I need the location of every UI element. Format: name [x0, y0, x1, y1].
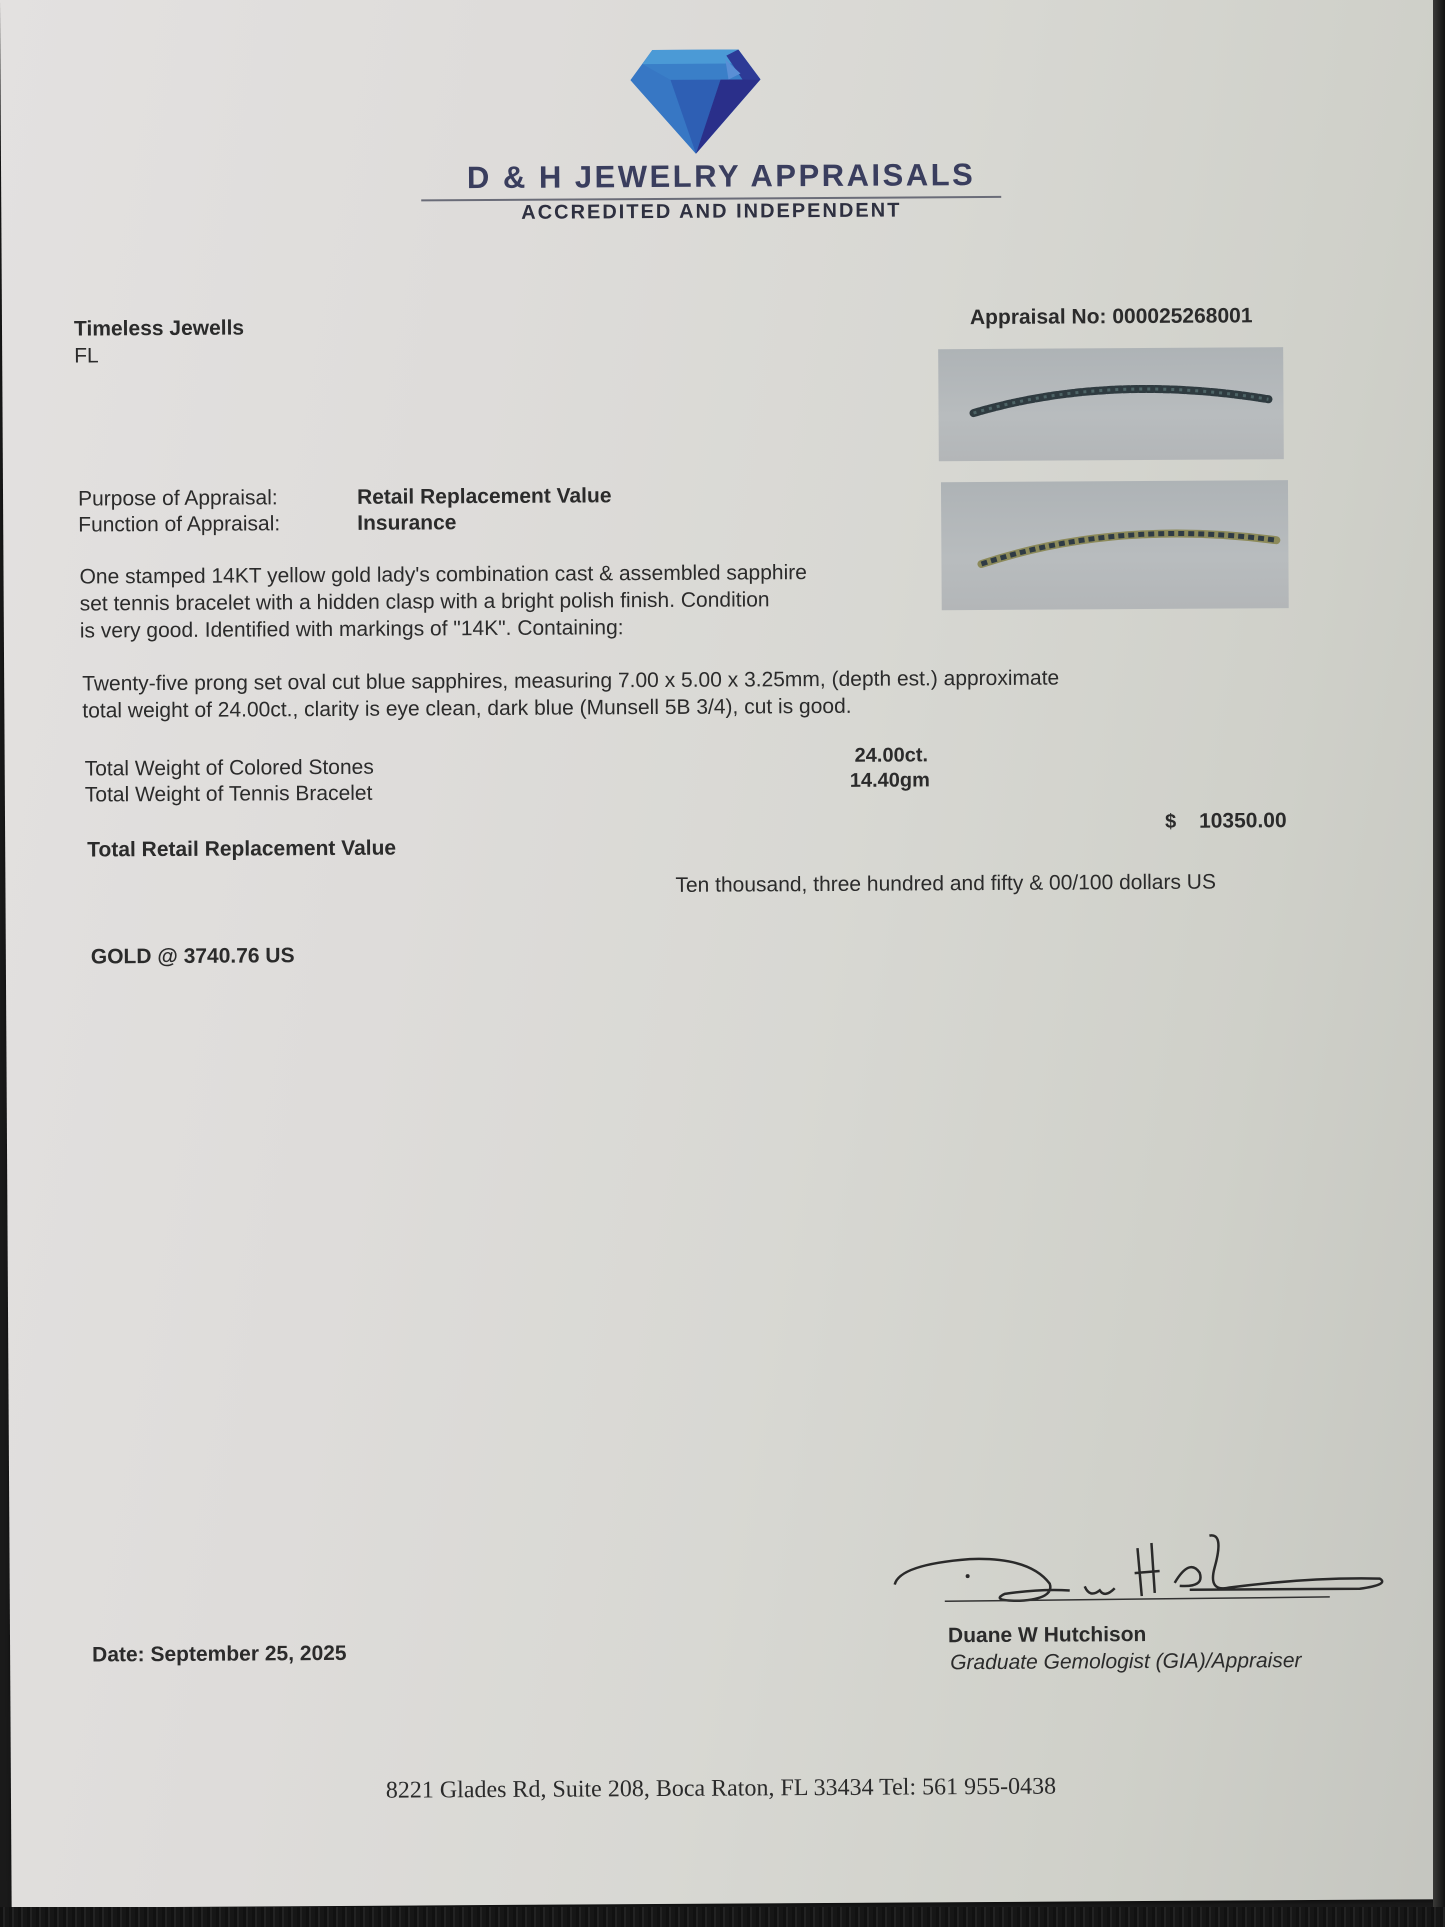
background-surface: [0, 1907, 1445, 1927]
retail-value: 10350.00: [1199, 809, 1287, 834]
bracelet-image: [938, 347, 1284, 461]
colored-stones-label: Total Weight of Colored Stones: [85, 756, 374, 782]
bracelet-weight-value: 14.40gm: [850, 769, 930, 792]
currency-symbol: $: [1165, 811, 1176, 834]
bracelet-photo-bottom: [941, 480, 1289, 610]
bracelet-photo-top: [938, 347, 1284, 461]
description-line-3: is very good. Identified with markings o…: [80, 616, 624, 643]
description-line-2: set tennis bracelet with a hidden clasp …: [80, 588, 770, 616]
purpose-value: Retail Replacement Value: [357, 484, 612, 510]
company-tagline: ACCREDITED AND INDEPENDENT: [421, 199, 1001, 226]
client-state: FL: [74, 344, 99, 368]
footer-address: 8221 Glades Rd, Suite 208, Boca Raton, F…: [11, 1771, 1431, 1807]
client-name: Timeless Jewells: [74, 317, 244, 342]
bracelet-weight-label: Total Weight of Tennis Bracelet: [85, 782, 373, 808]
function-value: Insurance: [357, 511, 456, 536]
appraiser-signature: [889, 1527, 1389, 1610]
diamond-gem-icon: [630, 45, 761, 154]
description-line-1: One stamped 14KT yellow gold lady's comb…: [79, 561, 806, 589]
function-label: Function of Appraisal:: [78, 512, 280, 537]
appraisal-number: Appraisal No: 000025268001: [970, 304, 1253, 330]
company-name: D & H JEWELRY APPRAISALS: [421, 157, 1021, 197]
appraiser-title: Graduate Gemologist (GIA)/Appraiser: [950, 1649, 1301, 1675]
appraiser-name: Duane W Hutchison: [948, 1623, 1146, 1648]
appraisal-date: Date: September 25, 2025: [92, 1642, 347, 1668]
page-edge-shadow: [1433, 0, 1445, 1927]
stones-line-2: total weight of 24.00ct., clarity is eye…: [82, 695, 851, 724]
letterhead: D & H JEWELRY APPRAISALS ACCREDITED AND …: [420, 39, 1021, 233]
stones-line-1: Twenty-five prong set oval cut blue sapp…: [82, 667, 1059, 697]
retail-value-label: Total Retail Replacement Value: [87, 837, 396, 863]
retail-value-words: Ten thousand, three hundred and fifty & …: [675, 871, 1216, 898]
appraisal-document: D & H JEWELRY APPRAISALS ACCREDITED AND …: [0, 0, 1445, 1908]
gold-price: GOLD @ 3740.76 US: [91, 944, 295, 969]
bracelet-image: [941, 480, 1289, 610]
purpose-label: Purpose of Appraisal:: [78, 486, 278, 511]
colored-stones-value: 24.00ct.: [855, 744, 929, 767]
